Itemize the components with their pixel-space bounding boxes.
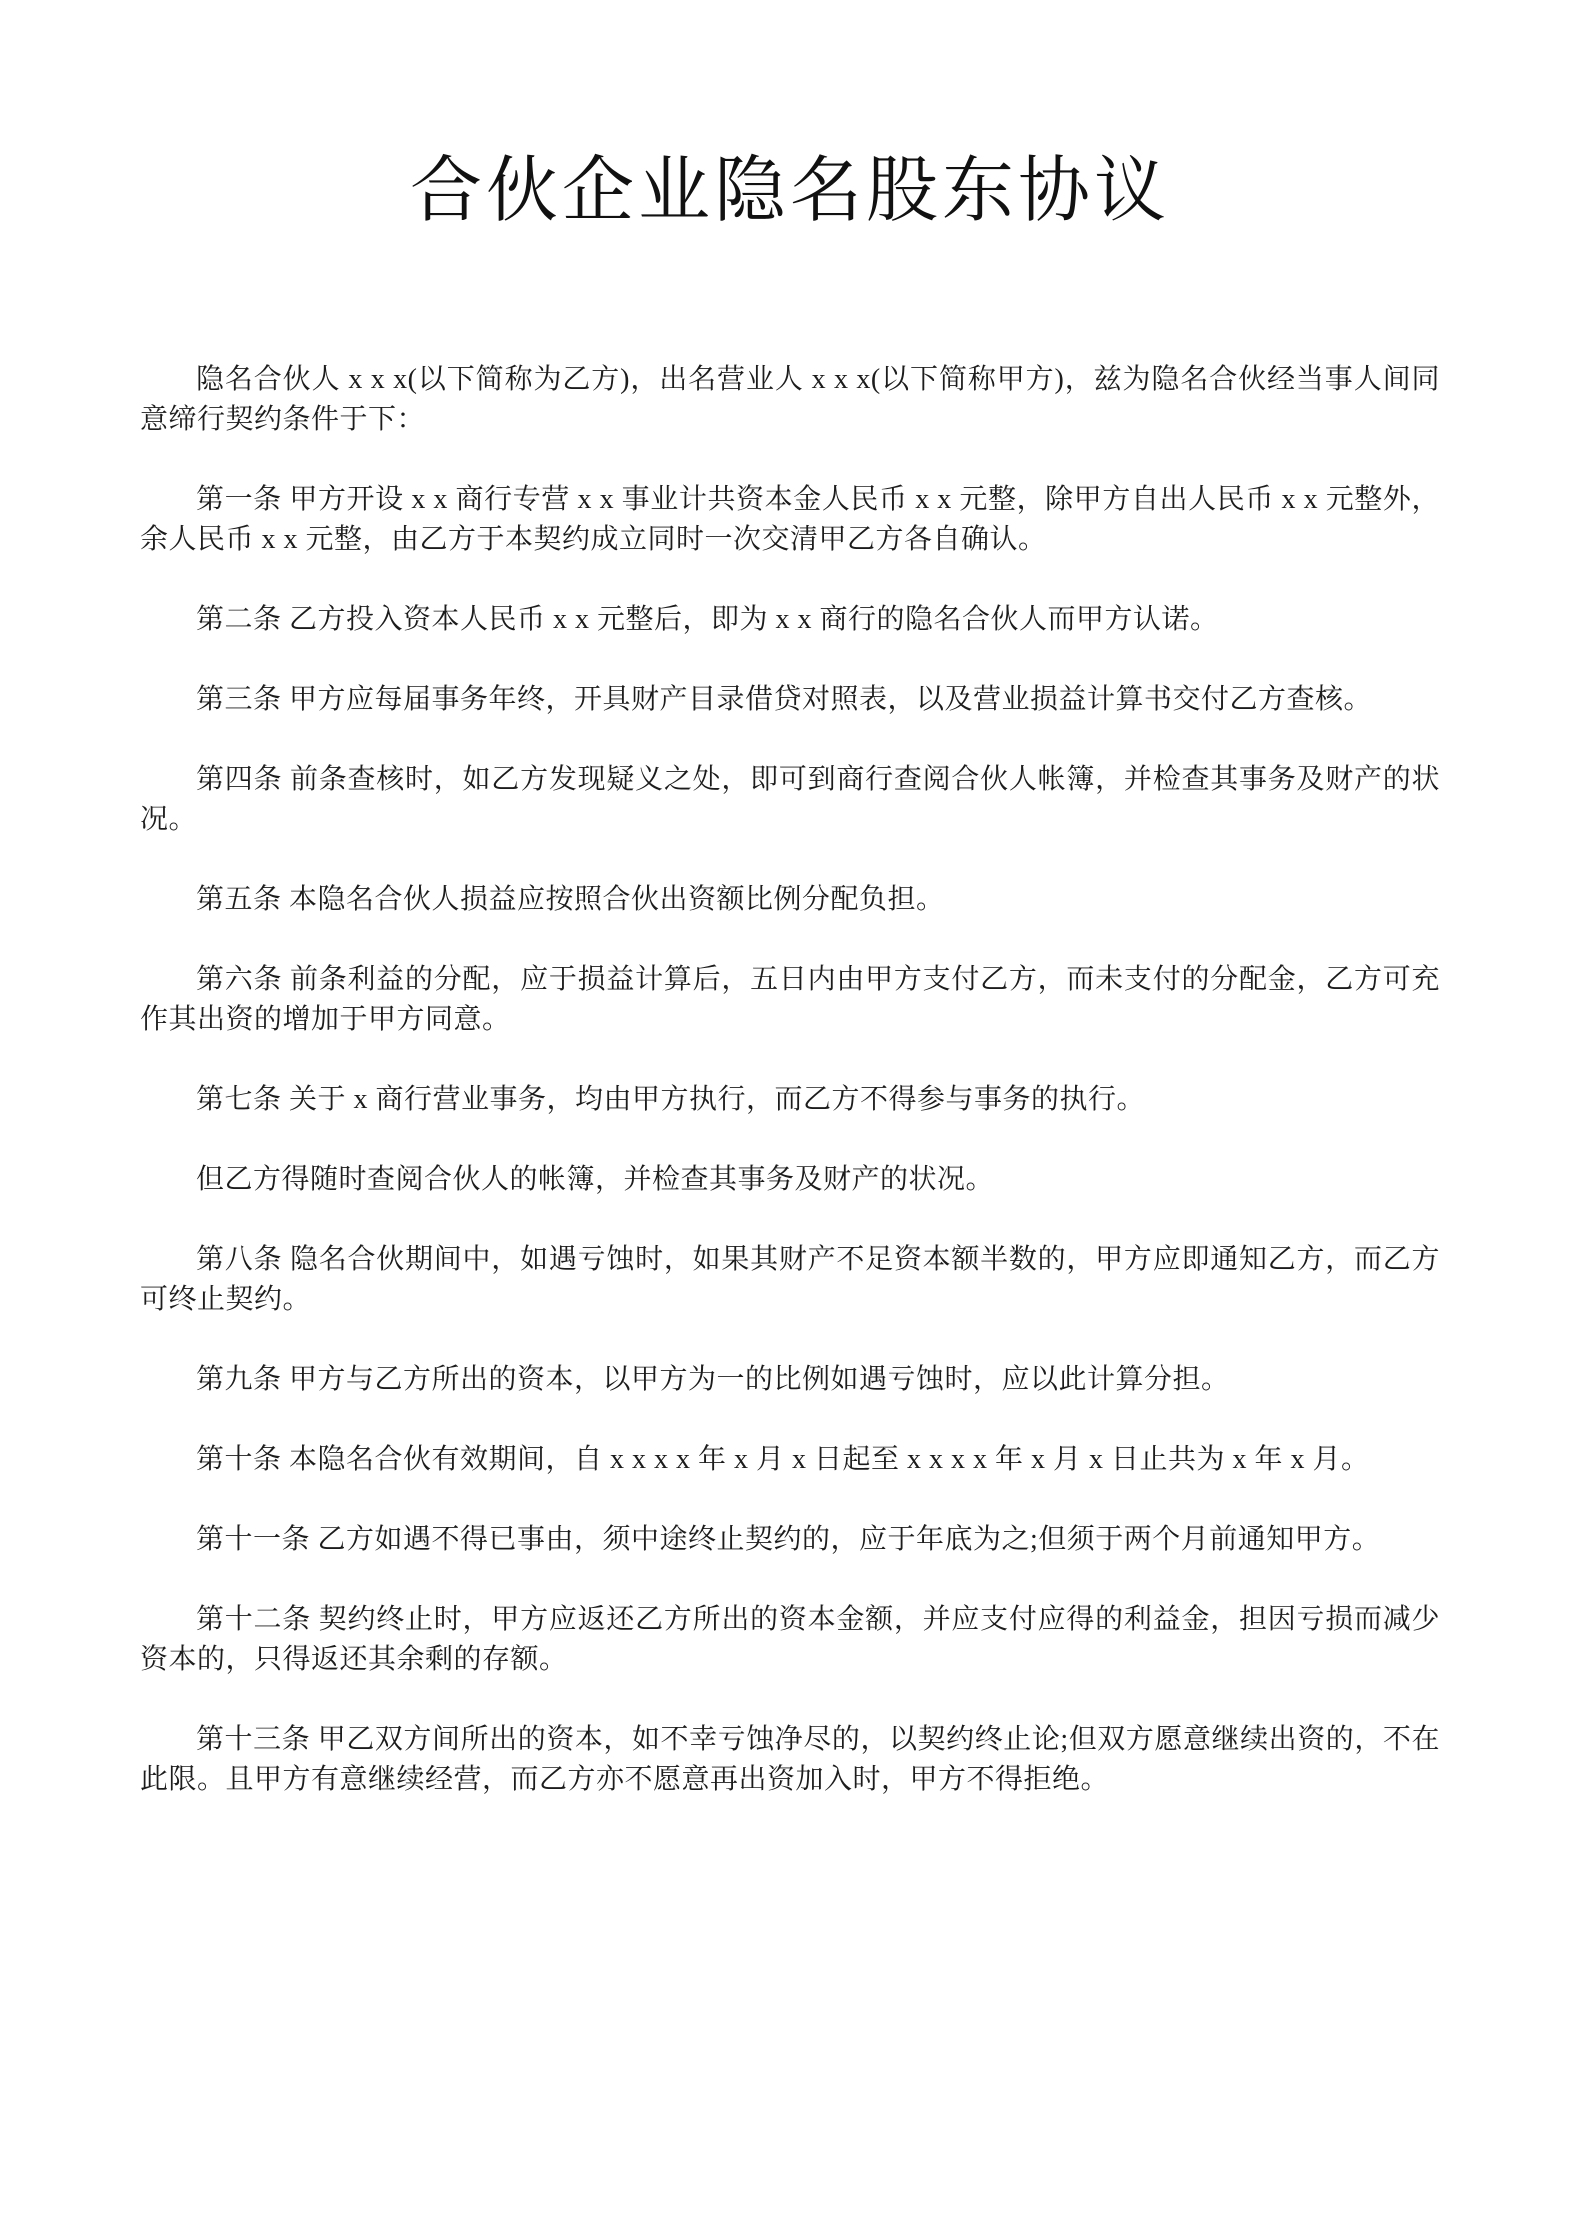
clause-2-paragraph: 第二条 乙方投入资本人民币 x x 元整后，即为 x x 商行的隐名合伙人而甲方… (140, 600, 1440, 640)
clause-7-paragraph: 第七条 关于 x 商行营业事务，均由甲方执行，而乙方不得参与事务的执行。 (140, 1080, 1440, 1120)
clause-1-paragraph: 第一条 甲方开设 x x 商行专营 x x 事业计共资本金人民币 x x 元整，… (140, 480, 1440, 560)
page-title: 合伙企业隐名股东协议 (140, 148, 1440, 234)
clause-7-supplement-paragraph: 但乙方得随时查阅合伙人的帐簿，并检查其事务及财产的状况。 (140, 1160, 1440, 1200)
clause-5-paragraph: 第五条 本隐名合伙人损益应按照合伙出资额比例分配负担。 (140, 880, 1440, 920)
clause-8-paragraph: 第八条 隐名合伙期间中，如遇亏蚀时，如果其财产不足资本额半数的，甲方应即通知乙方… (140, 1240, 1440, 1320)
clause-3-paragraph: 第三条 甲方应每届事务年终，开具财产目录借贷对照表，以及营业损益计算书交付乙方查… (140, 680, 1440, 720)
clause-9-paragraph: 第九条 甲方与乙方所出的资本，以甲方为一的比例如遇亏蚀时，应以此计算分担。 (140, 1360, 1440, 1400)
clause-11-paragraph: 第十一条 乙方如遇不得已事由，须中途终止契约的，应于年底为之;但须于两个月前通知… (140, 1520, 1440, 1560)
clause-4-paragraph: 第四条 前条查核时，如乙方发现疑义之处，即可到商行查阅合伙人帐簿，并检查其事务及… (140, 760, 1440, 840)
document-page: 合伙企业隐名股东协议 隐名合伙人 x x x(以下简称为乙方)，出名营业人 x … (0, 0, 1580, 2236)
clause-10-paragraph: 第十条 本隐名合伙有效期间，自 x x x x 年 x 月 x 日起至 x x … (140, 1440, 1440, 1480)
intro-paragraph: 隐名合伙人 x x x(以下简称为乙方)，出名营业人 x x x(以下简称甲方)… (140, 360, 1440, 440)
clause-13-paragraph: 第十三条 甲乙双方间所出的资本，如不幸亏蚀净尽的，以契约终止论;但双方愿意继续出… (140, 1720, 1440, 1800)
clause-12-paragraph: 第十二条 契约终止时，甲方应返还乙方所出的资本金额，并应支付应得的利益金，担因亏… (140, 1600, 1440, 1680)
clause-6-paragraph: 第六条 前条利益的分配，应于损益计算后，五日内由甲方支付乙方，而未支付的分配金，… (140, 960, 1440, 1040)
